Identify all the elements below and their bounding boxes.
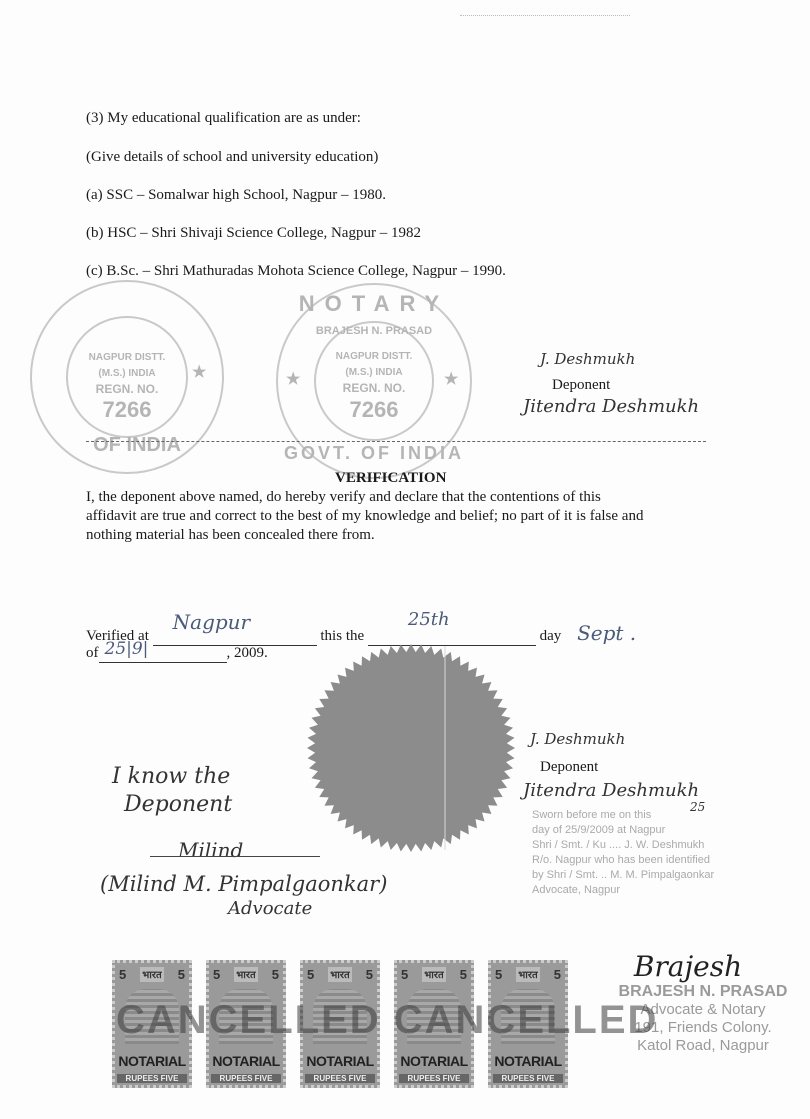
of-row: of25|9| , 2009. [86,644,268,663]
embossed-seal [305,642,517,854]
notary-seal-partial: NAGPUR DISTT. (M.S.) INDIA REGN. NO. 726… [30,280,224,474]
signature-underline [150,856,320,857]
deponent-label: Deponent [552,376,610,394]
qualification-heading: (3) My educational qualification are as … [86,109,361,127]
verification-line: nothing material has been concealed ther… [86,526,375,544]
qualification-item: (a) SSC – Somalwar high School, Nagpur –… [86,186,386,204]
qualification-note: (Give details of school and university e… [86,148,378,166]
advocate-signature: Milind [178,838,243,862]
identification-line: Deponent [124,792,232,817]
sworn-stamp: Sworn before me on this day of 25/9/2009… [532,808,714,898]
deponent-name-handwritten: Jitendra Deshmukh [523,396,699,417]
month-value: Sept . [577,621,636,645]
deponent-name-handwritten: Jitendra Deshmukh [523,780,699,801]
deponent-label: Deponent [540,758,598,776]
section-divider [86,441,706,442]
qualification-item: (b) HSC – Shri Shivaji Science College, … [86,224,421,242]
star-icon: ★ [444,369,458,389]
scan-artifact [460,15,630,16]
advocate-title: Advocate [228,898,312,919]
qualification-item: (c) B.Sc. – Shri Mathuradas Mohota Scien… [86,262,506,280]
advocate-name: (Milind M. Pimpalgaonkar) [100,872,387,896]
verification-line: affidavit are true and correct to the be… [86,507,643,525]
notary-seal: NOTARY BRAJESH N. PRASAD NAGPUR DISTT. (… [276,283,472,479]
verification-line: I, the deponent above named, do hereby v… [86,488,601,506]
cancelled-overprint: CANCELLED CANCELLED [116,998,658,1043]
star-icon: ★ [192,362,206,382]
verification-title: VERIFICATION [335,470,446,487]
deponent-signature: J. Deshmukh [540,350,635,368]
revenue-stamps: 5भारत5NOTARIALRUPEES FIVE5भारत5NOTARIALR… [112,960,582,1092]
star-icon: ★ [286,369,300,389]
deponent-signature: J. Deshmukh [530,730,625,748]
notary-signature: Brajesh [568,950,808,983]
of-field[interactable]: 25|9| [99,644,227,663]
identification-line: I know the [112,764,230,789]
